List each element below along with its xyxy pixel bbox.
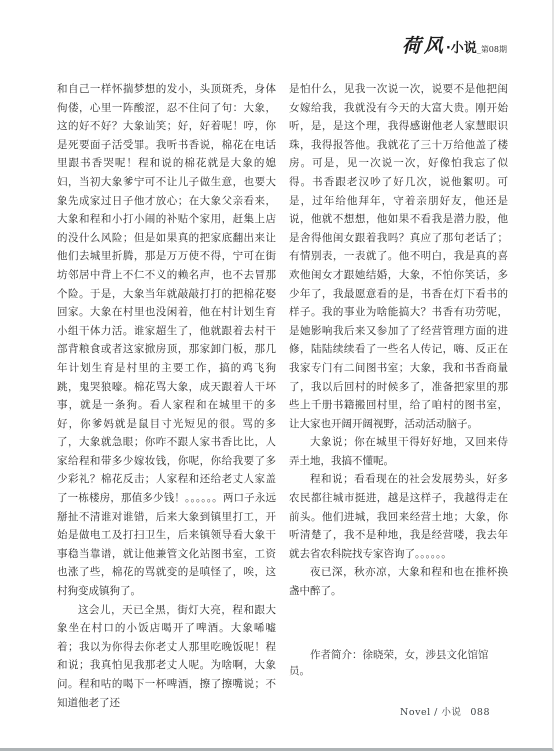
section-title: ·小说 [446, 41, 477, 56]
magazine-brand-title: 荷风 [402, 35, 446, 57]
paragraph: 夜已深，秋亦凉，大象和程和也在推杯换盏中醉了。 [289, 563, 508, 600]
issue-number: _第08期 [477, 45, 507, 54]
paragraph: 程和说；看看现在的社会发展势头，好多农民都往城市挺进，越是这样子，我越得走在前头… [289, 470, 508, 563]
author-bio: 作者简介：徐晓荣，女，涉县文化馆馆员。 [289, 647, 508, 679]
paragraph: 这会儿，天已全黑，街灯大亮，程和跟大象坐在村口的小饭店喝开了啤酒。大象唏嘘着；我… [57, 601, 276, 713]
left-column: 和自己一样怀揣梦想的发小，头顶斑秃，身体佝偻，心里一阵酸涩，忍不住问了句：大象，… [57, 80, 276, 712]
paragraph: 大象说；你在城里干得好好地，又回来侍弄土地，我搞不懂呢。 [289, 433, 508, 470]
page-number: 088 [470, 707, 490, 718]
right-column: 是怕什么，见我一次说一次，说要不是他把闺女嫁给我，我就没有今天的大富大贵。刚开始… [289, 80, 508, 712]
page-footer: Novel / 小说088 [400, 704, 490, 718]
magazine-page: 荷风·小说_第08期 和自己一样怀揣梦想的发小，头顶斑秃，身体佝偻，心里一阵酸涩… [0, 0, 554, 751]
masthead: 荷风·小说_第08期 [402, 31, 507, 58]
paragraph: 和自己一样怀揣梦想的发小，头顶斑秃，身体佝偻，心里一阵酸涩，忍不住问了句：大象，… [57, 80, 276, 601]
footer-section-label: Novel / 小说 [400, 707, 461, 718]
paragraph: 是怕什么，见我一次说一次，说要不是他把闺女嫁给我，我就没有今天的大富大贵。刚开始… [289, 80, 508, 433]
article-body: 和自己一样怀揣梦想的发小，头顶斑秃，身体佝偻，心里一阵酸涩，忍不住问了句：大象，… [57, 80, 508, 712]
